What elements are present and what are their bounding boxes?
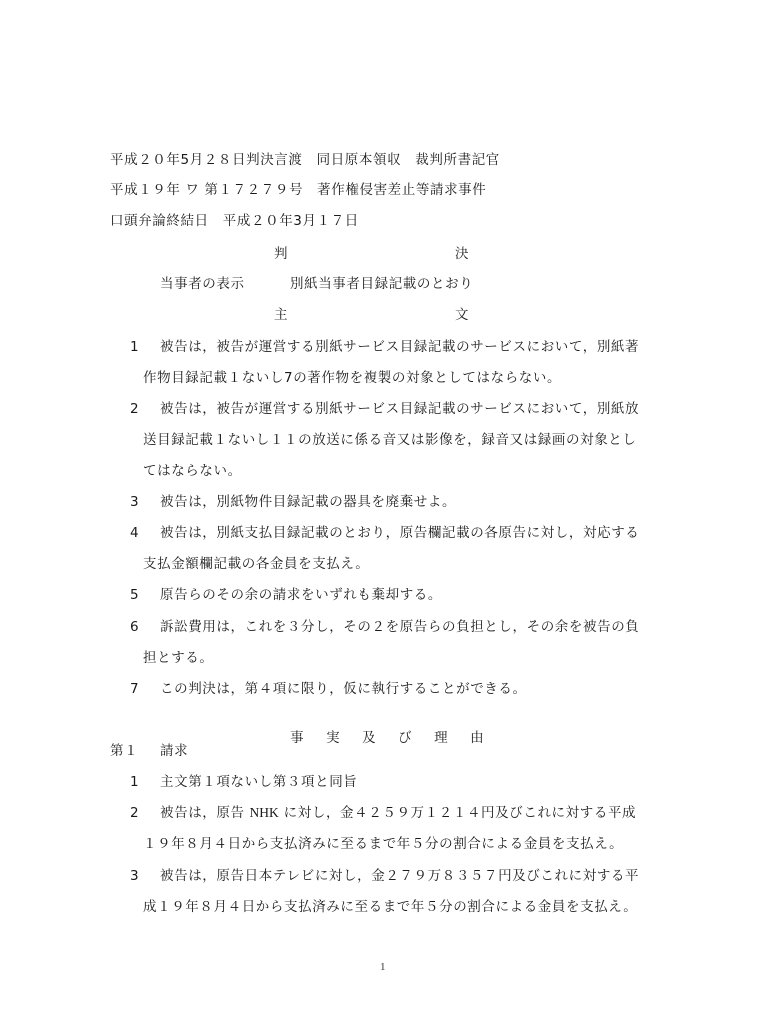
item-number: 1 [130,773,139,791]
item-number: 1 [130,338,139,356]
item-text: 被告は，別紙物件目録記載の器具を廃棄せよ。 [160,493,456,511]
item-number: 2 [130,804,139,822]
item-text: この判決は，第４項に限り，仮に執行することができる。 [160,680,527,698]
facts-heading-char: 実 [326,729,362,747]
item-text: 被告は，被告が運営する別紙サービス目録記載のサービスにおいて，別紙放 [160,400,639,418]
item-text-continued: 成１９年８月４日から支払済みに至るまで年５分の割合による金員を支払え。 [143,898,637,916]
item-number: 3 [130,867,139,885]
parties-label: 当事者の表示 [160,275,245,293]
item-text: 訴訟費用は，これを３分し，その２を原告らの負担とし，その余を被告の負 [160,618,639,636]
facts-heading-char: び [398,729,434,747]
facts-heading-char: 及 [362,729,398,747]
header-line-delivery: 平成２０年5月２８日判決言渡 同日原本領収 裁判所書記官 [110,151,500,169]
item-text-continued: 作物目録記載１ないし7の著作物を複製の対象としてはならない。 [143,369,561,387]
item-text-continued: てはならない。 [143,462,242,480]
item-text-continued: 支払金額欄記載の各金員を支払え。 [143,555,369,573]
page-number: 1 [380,960,386,974]
item-text: 被告は，別紙支払目録記載のとおり，原告欄記載の各原告に対し，対応する [160,524,639,542]
document-page: 平成２０年5月２８日判決言渡 同日原本領収 裁判所書記官 平成１９年 ワ 第１７… [0,0,770,1024]
item-text: 被告は，原告 NHK に対し，金４２５９万１２１４円及びこれに対する平成 [160,804,636,822]
title-char-right: 決 [455,245,469,263]
facts-heading-char: 由 [470,729,506,747]
item-number: 4 [130,524,139,542]
facts-and-reasons-heading: 事実及び理由 [273,711,506,765]
item-text-continued: 担とする。 [143,649,214,667]
header-line-case-number: 平成１９年 ワ 第１７２７９号 著作権侵害差止等請求事件 [110,181,486,199]
facts-heading-char: 事 [290,729,326,747]
item-number: 3 [130,493,139,511]
item-number: 7 [130,680,139,698]
parties-value: 別紙当事者目録記載のとおり [290,275,473,293]
main-heading-char-left: 主 [274,306,288,324]
header-line-hearing-end: 口頭弁論終結日 平成２０年3月１７日 [110,212,359,230]
item-text-post: に対し，金４２５９万１２１４円及びこれに対する平成 [279,805,636,821]
facts-heading-char: 理 [434,729,470,747]
main-heading-char-right: 文 [455,306,469,324]
item-number: 6 [130,618,139,636]
title-char-left: 判 [274,245,288,263]
item-text: 被告は，被告が運営する別紙サービス目録記載のサービスにおいて，別紙著 [160,338,639,356]
item-text-continued: １９年８月４日から支払済みに至るまで年５分の割合による金員を支払え。 [143,835,623,853]
item-text-continued: 送目録記載１ないし１１の放送に係る音又は影像を，録音又は録画の対象とし [143,431,637,449]
section-title: 請求 [160,742,188,760]
item-number: 2 [130,400,139,418]
item-text: 原告らのその余の請求をいずれも棄却する。 [160,586,442,604]
item-text-pre: 被告は，原告 [160,805,250,821]
item-text: 被告は，原告日本テレビに対し，金２７９万８３５７円及びこれに対する平 [160,867,639,885]
section-label: 第１ [110,742,138,760]
plaintiff-name-nhk: NHK [250,805,279,820]
item-number: 5 [130,586,139,604]
item-text: 主文第１項ないし第３項と同旨 [160,773,357,791]
